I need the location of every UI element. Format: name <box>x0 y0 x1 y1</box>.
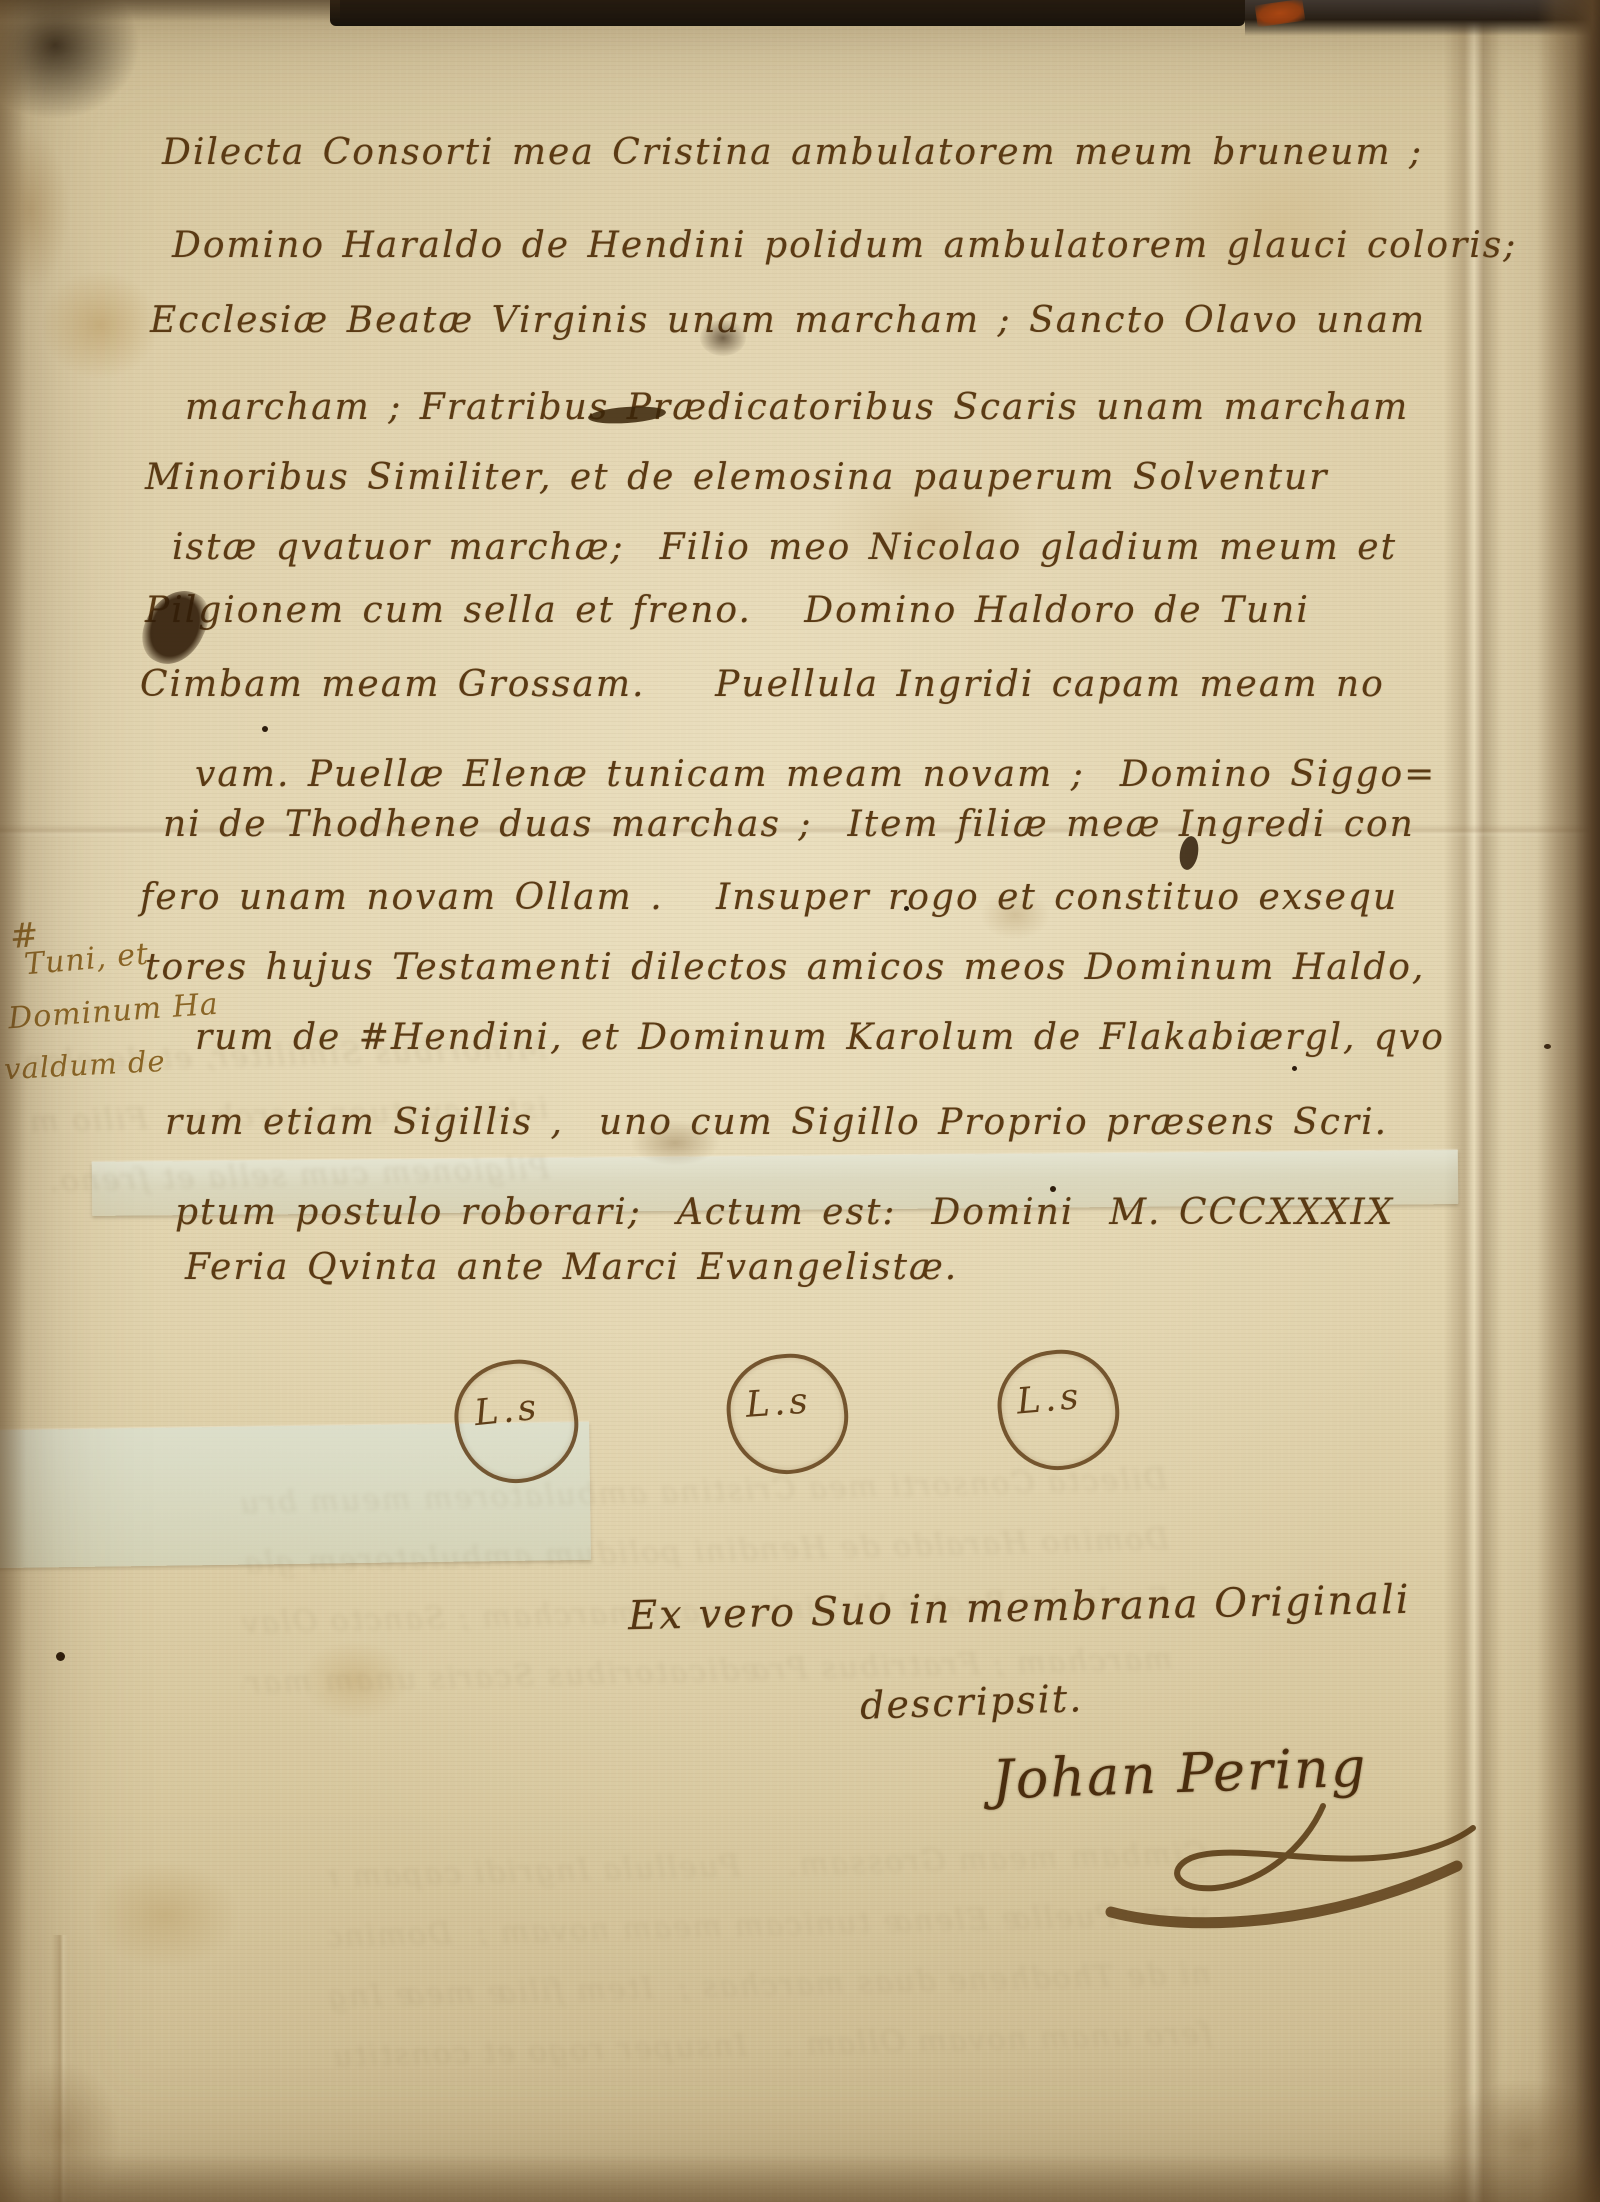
manuscript-line: vam. Puellæ Elenæ tunicam meam novam ; D… <box>195 754 1436 795</box>
manuscript-line: Minoribus Similiter, et de elemosina pau… <box>145 457 1328 498</box>
ink-speck <box>262 726 268 732</box>
manuscript-line: tores hujus Testamenti dilectos amicos m… <box>145 947 1425 988</box>
manuscript-line: ni de Thodhene duas marchas ; Item filiæ… <box>163 804 1415 845</box>
ink-speck <box>56 1652 65 1661</box>
manuscript-line: Feria Qvinta ante Marci Evangelistæ. <box>185 1247 958 1288</box>
manuscript-line: Cimbam meam Grossam. Puellula Ingridi ca… <box>140 664 1385 705</box>
ink-speck <box>1050 1186 1056 1192</box>
seal-ls-label: L.s <box>1015 1375 1084 1422</box>
manuscript-line: rum etiam Sigillis , uno cum Sigillo Pro… <box>165 1102 1388 1143</box>
ink-speck <box>1292 1066 1297 1071</box>
ink-speck <box>1544 1044 1551 1049</box>
manuscript-line: fero unam novam Ollam . Insuper rogo et … <box>140 877 1398 918</box>
manuscript-line: Domino Haraldo de Hendini polidum ambula… <box>172 225 1517 266</box>
manuscript-line: ptum postulo roborari; Actum est: Domini… <box>175 1192 1394 1233</box>
manuscript-line: Pilgionem cum sella et freno. Domino Hal… <box>145 590 1310 631</box>
seal-ls-label: L.s <box>744 1380 813 1425</box>
ink-blot <box>700 320 746 356</box>
attestation-line: descripsit. <box>859 1676 1084 1728</box>
manuscript-line: rum de #Hendini, et Dominum Karolum de F… <box>195 1017 1445 1058</box>
manuscript-line: istæ qvatuor marchæ; Filio meo Nicolao g… <box>172 527 1397 568</box>
ink-speck <box>904 906 909 911</box>
manuscript-scan: Minoribus Similiter, et de elemosina pau… <box>0 0 1600 2202</box>
signature-flourish <box>1005 1800 1485 1950</box>
manuscript-line: marcham ; Fratribus Prædicatoribus Scari… <box>185 387 1409 428</box>
manuscript-line: Dilecta Consorti mea Cristina ambulatore… <box>162 132 1423 173</box>
manuscript-line: Ecclesiæ Beatæ Virginis unam marcham ; S… <box>150 300 1426 341</box>
seal-ls-label: L.s <box>472 1387 542 1435</box>
